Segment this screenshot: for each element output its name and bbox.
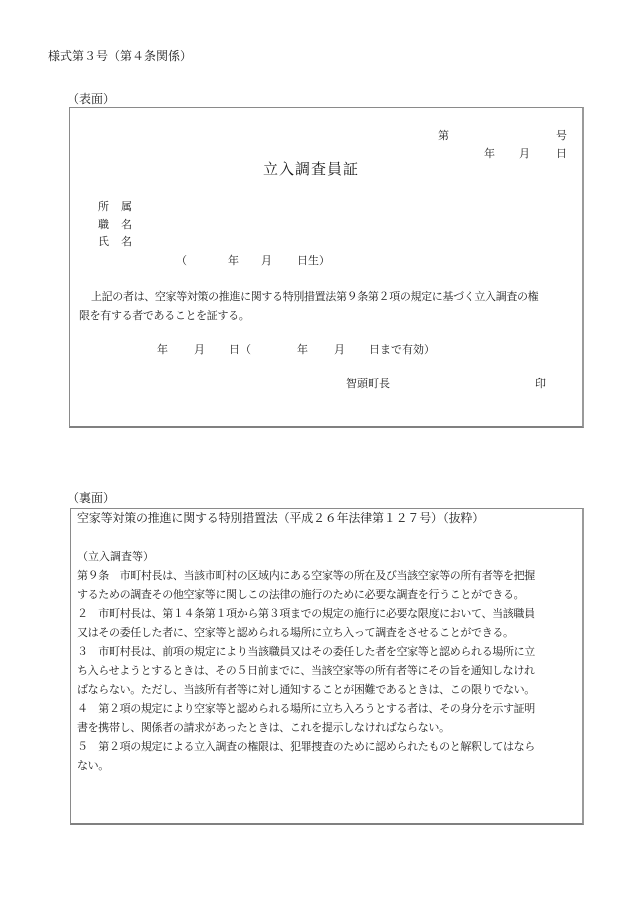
birth-year: 年 — [228, 254, 239, 268]
validity-year: 年 — [157, 343, 168, 357]
seal-mark: 印 — [535, 377, 546, 391]
validity-year-2: 年 — [297, 343, 308, 357]
excerpt-line: 書を携帯し、関係者の請求があったときは、これを提示しなければならない。 — [77, 721, 450, 735]
birth-day: 日生） — [297, 254, 330, 268]
number-suffix: 号 — [556, 129, 567, 143]
excerpt-line: ばならない。ただし、当該所有者等に対し通知することが困難であるときは、この限りで… — [77, 683, 535, 697]
excerpt-line: 第９条 市町村長は、当該市町村の区域内にある空家等の所在及び当該空家等の所有者等… — [77, 569, 535, 583]
issue-year: 年 — [484, 147, 495, 161]
birth-month: 月 — [261, 254, 272, 268]
field-label-char: 所 — [98, 200, 109, 214]
excerpt-line: ４ 第２項の規定により空家等と認められる場所に立ち入ろうとする者は、その身分を示… — [77, 702, 535, 716]
birth-open-paren: （ — [176, 254, 187, 268]
statement-line-1: 上記の者は、空家等対策の推進に関する特別措置法第９条第２項の規定に基づく立入調査… — [91, 290, 538, 304]
law-heading: 空家等対策の推進に関する特別措置法（平成２６年法律第１２７号）（抜粋） — [77, 511, 484, 526]
validity-month: 月 — [194, 343, 205, 357]
field-label-char: 氏 — [98, 235, 109, 249]
excerpt-line: ない。 — [77, 759, 109, 773]
excerpt-line: 又はその委任した者に、空家等と認められる場所に立ち入って調査をさせることができる… — [77, 626, 514, 640]
issue-month: 月 — [519, 147, 530, 161]
excerpt-line: ち入らせようとするときは、その５日前までに、当該空家等の所有者等にその旨を通知し… — [77, 664, 535, 678]
field-label-char: 属 — [121, 200, 132, 214]
excerpt-line: ５ 第２項の規定による立入調査の権限は、犯罪捜査のために認められたものと解釈して… — [77, 740, 535, 754]
field-label-char: 職 — [98, 218, 109, 232]
back-side-label: （裏面） — [67, 491, 115, 506]
issue-day: 日 — [556, 147, 567, 161]
statement-line-2: 限を有する者であることを証する。 — [79, 309, 249, 323]
front-side-label: （表面） — [67, 92, 115, 107]
article-subheading: （立入調査等） — [77, 550, 154, 564]
validity-month-2: 月 — [334, 343, 345, 357]
number-prefix: 第 — [438, 129, 449, 143]
validity-until: 日まで有効） — [369, 343, 435, 357]
issuer-title: 智頭町長 — [346, 377, 390, 391]
excerpt-line: ３ 市町村長は、前項の規定により当該職員又はその委任した者を空家等と認められる場… — [77, 645, 535, 659]
excerpt-line: ２ 市町村長は、第１４条第１項から第３項までの規定の施行に必要な限度において、当… — [77, 607, 535, 621]
field-label-char: 名 — [121, 235, 132, 249]
field-label-char: 名 — [121, 218, 132, 232]
excerpt-line: するための調査その他空家等に関しこの法律の施行のために必要な調査を行うことができ… — [77, 588, 524, 602]
certificate-title: 立入調査員証 — [263, 160, 359, 178]
form-number-header: 様式第３号（第４条関係） — [48, 49, 192, 64]
validity-day: 日（ — [229, 343, 251, 357]
